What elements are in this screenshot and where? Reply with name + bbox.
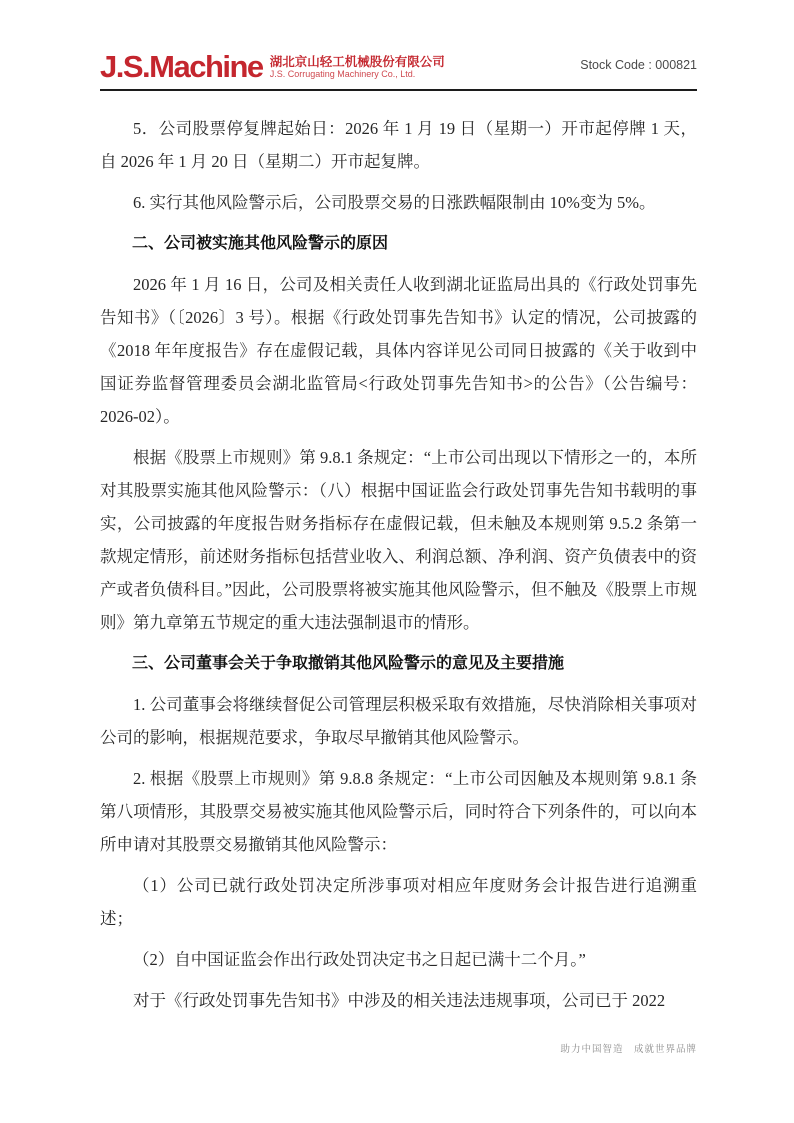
section-heading-3: 三、公司董事会关于争取撤销其他风险警示的意见及主要措施 [100, 647, 697, 680]
company-name-english: J.S. Corrugating Machinery Co., Ltd. [270, 69, 445, 79]
company-logo: J.S.Machine [100, 54, 263, 80]
paragraph-closing: 对于《行政处罚事先告知书》中涉及的相关违法违规事项，公司已于 2022 [100, 984, 697, 1017]
footer-slogan: 助力中国智造 成就世界品牌 [560, 1041, 697, 1055]
document-page: J.S.Machine 湖北京山轻工机械股份有限公司 J.S. Corrugat… [0, 0, 794, 1123]
company-name-chinese: 湖北京山轻工机械股份有限公司 [270, 55, 445, 69]
section-heading-2: 二、公司被实施其他风险警示的原因 [100, 227, 697, 260]
paragraph-item5: 5．公司股票停复牌起始日：2026 年 1 月 19 日（星期一）开市起停牌 1… [100, 112, 697, 178]
header-row: J.S.Machine 湖北京山轻工机械股份有限公司 J.S. Corrugat… [100, 54, 697, 91]
paragraph-penalty-notice: 2026 年 1 月 16 日，公司及相关责任人收到湖北证监局出具的《行政处罚事… [100, 268, 697, 433]
paragraph-board-measure-2: 2. 根据《股票上市规则》第 9.8.8 条规定：“上市公司因触及本规则第 9.… [100, 762, 697, 861]
paragraph-listing-rule-981: 根据《股票上市规则》第 9.8.1 条规定：“上市公司出现以下情形之一的，本所对… [100, 441, 697, 639]
paragraph-board-measure-1: 1. 公司董事会将继续督促公司管理层积极采取有效措施，尽快消除相关事项对公司的影… [100, 688, 697, 754]
company-name-block: 湖北京山轻工机械股份有限公司 J.S. Corrugating Machiner… [270, 55, 445, 81]
paragraph-condition-1: （1）公司已就行政处罚决定所涉事项对相应年度财务会计报告进行追溯重述； [100, 869, 697, 935]
document-body: 5．公司股票停复牌起始日：2026 年 1 月 19 日（星期一）开市起停牌 1… [100, 112, 697, 1025]
stock-code-label: Stock Code : 000821 [580, 58, 697, 80]
paragraph-item6: 6. 实行其他风险警示后，公司股票交易的日涨跌幅限制由 10%变为 5%。 [100, 186, 697, 219]
company-brand: J.S.Machine 湖北京山轻工机械股份有限公司 J.S. Corrugat… [100, 54, 445, 80]
page-header: J.S.Machine 湖北京山轻工机械股份有限公司 J.S. Corrugat… [100, 54, 697, 91]
paragraph-condition-2: （2）自中国证监会作出行政处罚决定书之日起已满十二个月。” [100, 943, 697, 976]
